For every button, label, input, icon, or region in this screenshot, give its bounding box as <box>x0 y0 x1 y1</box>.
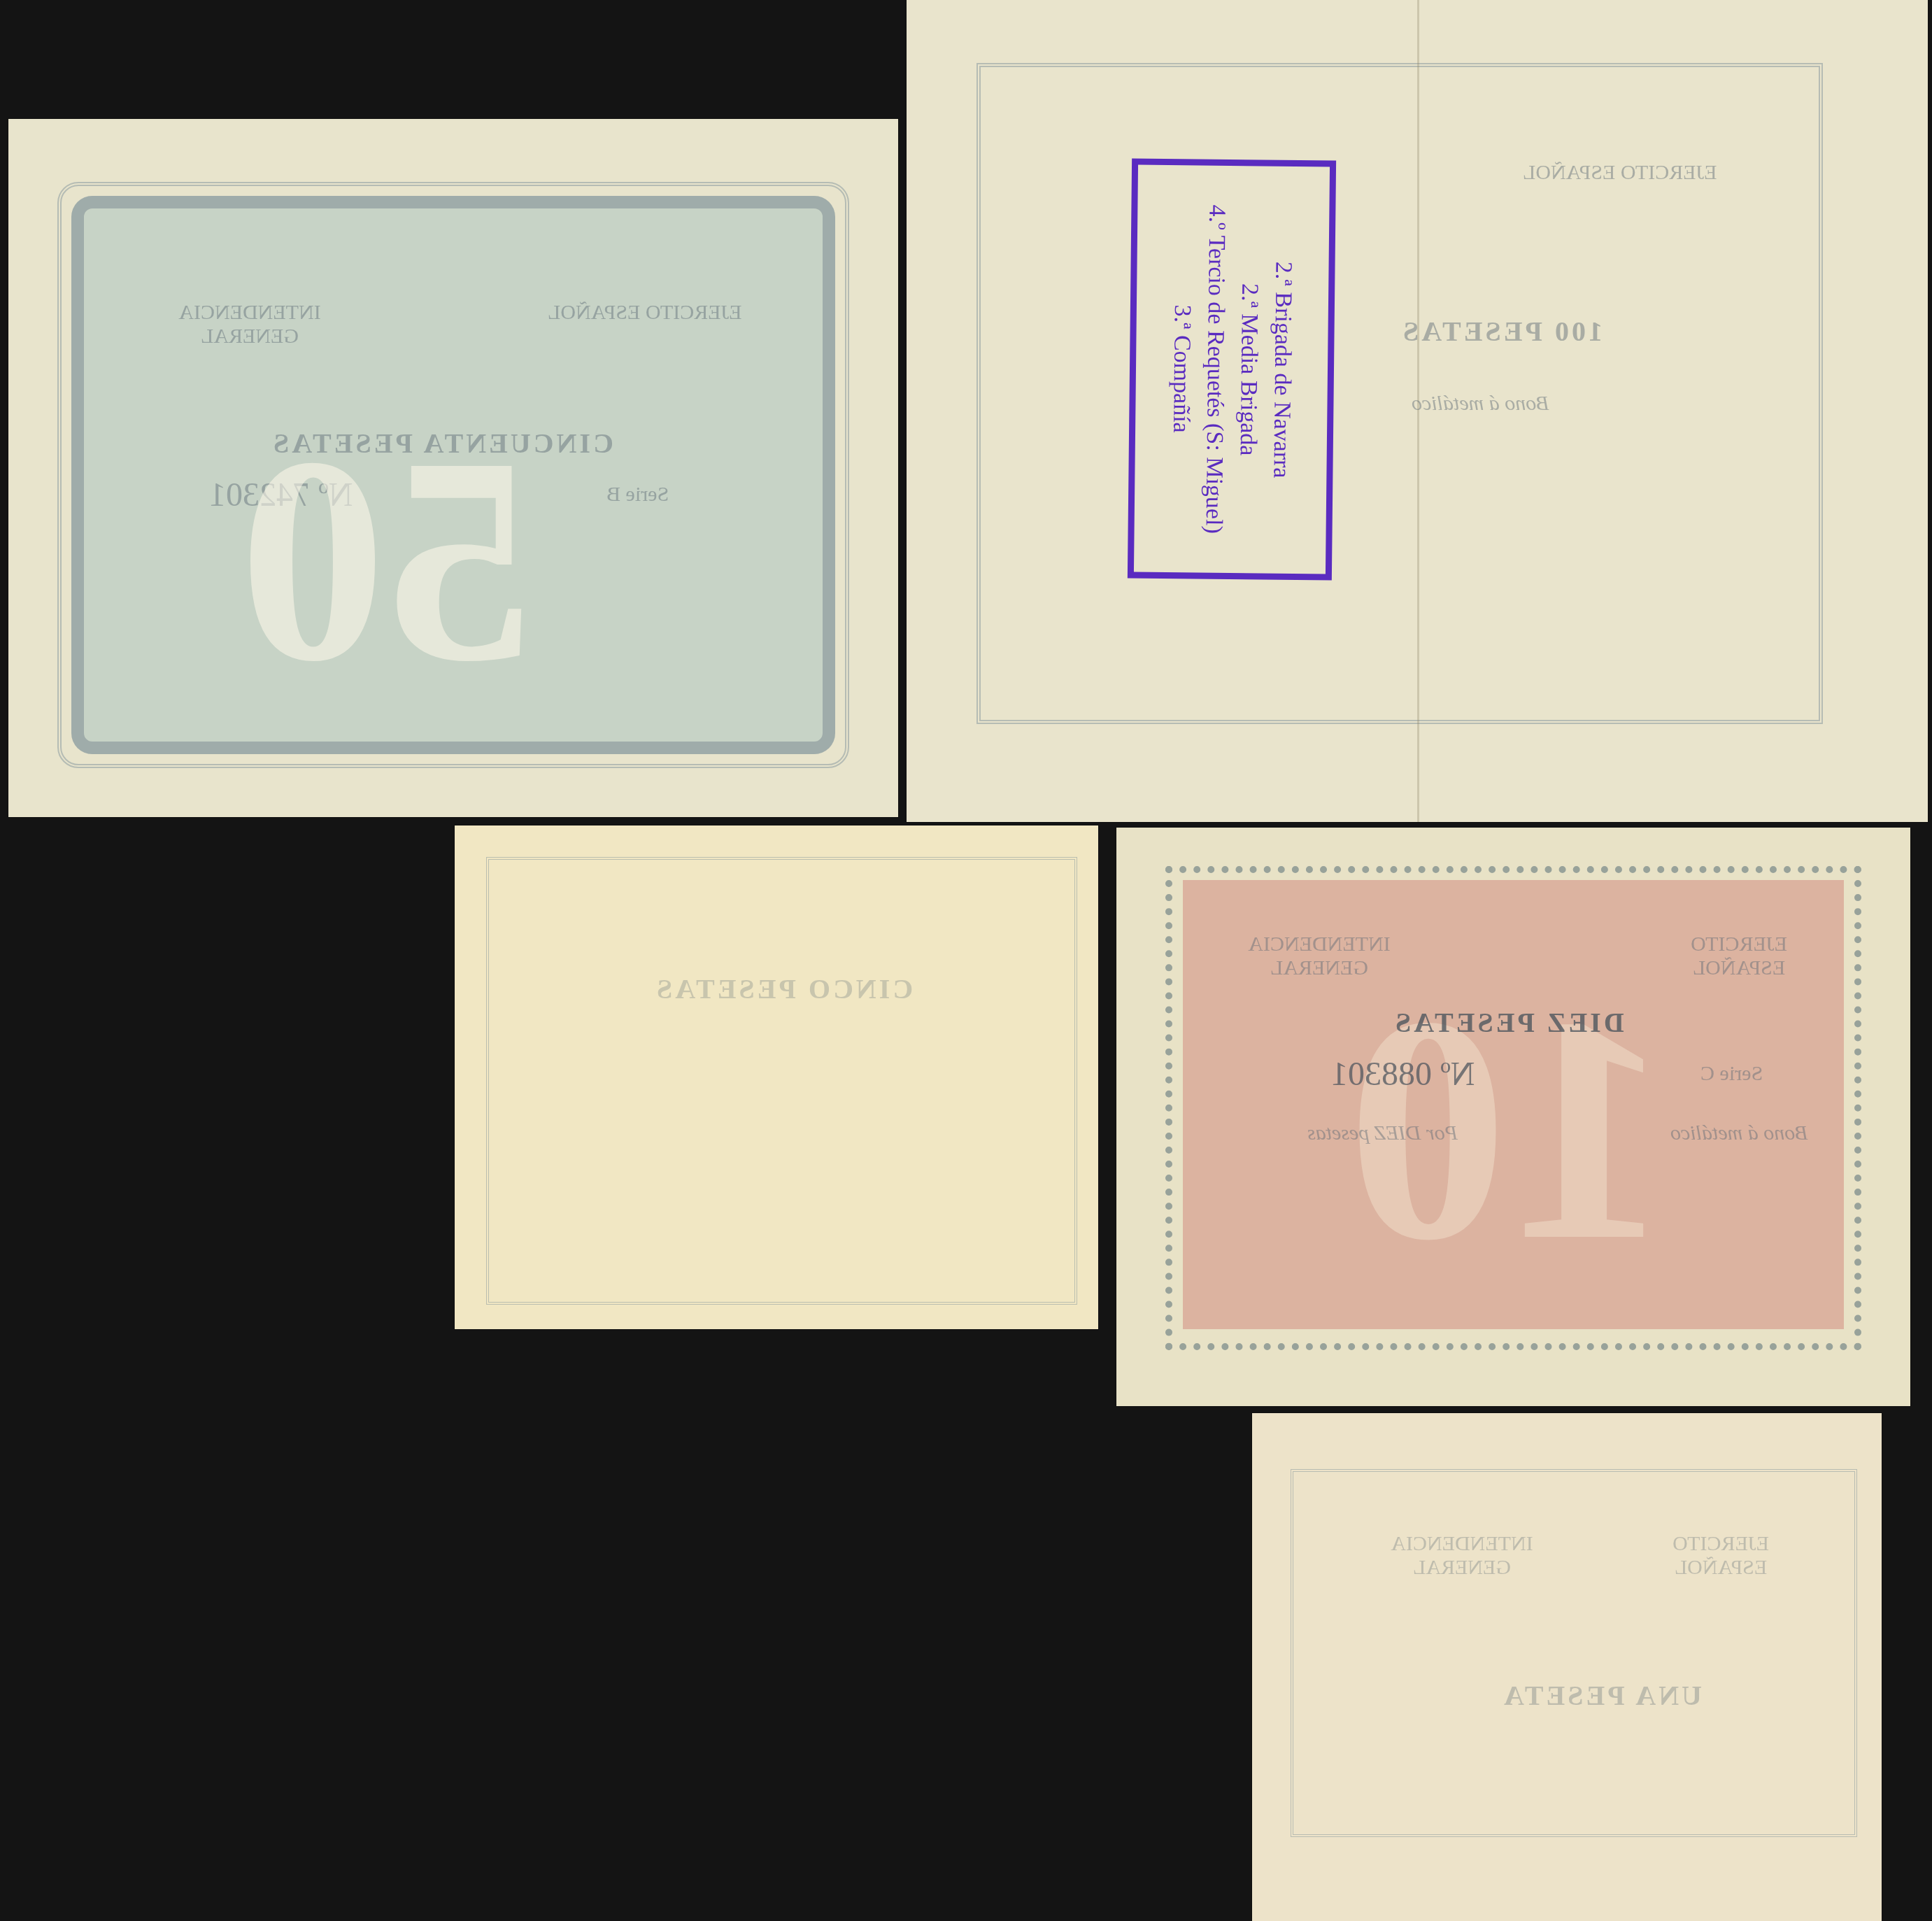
note-border <box>486 857 1077 1305</box>
denomination-text: 100 PESETAS <box>1270 315 1732 348</box>
banknote-1-peseta: EJERCITO ESPAÑOL INTENDENCIA GENERAL UNA… <box>1252 1413 1882 1921</box>
header-right: INTENDENCIA GENERAL <box>1357 1532 1567 1580</box>
note-border <box>1291 1469 1857 1837</box>
serial-number: Nº 088301 <box>1256 1055 1550 1093</box>
banknote-50-pesetas: EJERCITO ESPAÑOL INTENDENCIA GENERAL CIN… <box>8 119 898 817</box>
bono-text: Bono á metálico <box>1648 1121 1830 1145</box>
denomination-text: UNA PESETA <box>1427 1679 1777 1712</box>
serie-label: Serie C <box>1648 1062 1816 1086</box>
header-right: INTENDENCIA GENERAL <box>1221 933 1417 980</box>
header-left: EJERCITO ESPAÑOL <box>1644 1532 1798 1580</box>
serie-label: Serie B <box>568 483 708 506</box>
stamp-line-3: 4.º Tercio de Requetés (S: Miguel) <box>1197 204 1234 534</box>
denomination-text: DIEZ PESETAS <box>1312 1006 1704 1039</box>
banknote-10-pesetas: 10 EJERCITO ESPAÑOL INTENDENCIA GENERAL … <box>1116 828 1910 1406</box>
header-left: EJERCITO ESPAÑOL <box>1522 161 1718 185</box>
denomination-text: CINCO PESETAS <box>574 972 993 1005</box>
header-left: EJERCITO ESPAÑOL <box>540 301 750 325</box>
stamp-line-1: 2.ª Brigada de Navarra <box>1264 205 1301 534</box>
unit-rubber-stamp: 2.ª Brigada de Navarra 2.ª Media Brigada… <box>1128 158 1336 580</box>
value-text: Por DIEZ pesetas <box>1270 1121 1494 1145</box>
big-numeral: 50 <box>239 413 533 707</box>
header-left: EJERCITO ESPAÑOL <box>1648 933 1830 980</box>
banknote-5-pesetas: CINCO PESETAS <box>455 825 1098 1329</box>
stamp-line-2: 2.ª Media Brigada <box>1230 205 1267 534</box>
banknote-100-pesetas: EJERCITO ESPAÑOL 100 PESETAS Bono á metá… <box>907 0 1928 822</box>
stamp-line-4: 3.ª Compañía <box>1163 204 1200 534</box>
header-right: INTENDENCIA GENERAL <box>134 301 365 348</box>
